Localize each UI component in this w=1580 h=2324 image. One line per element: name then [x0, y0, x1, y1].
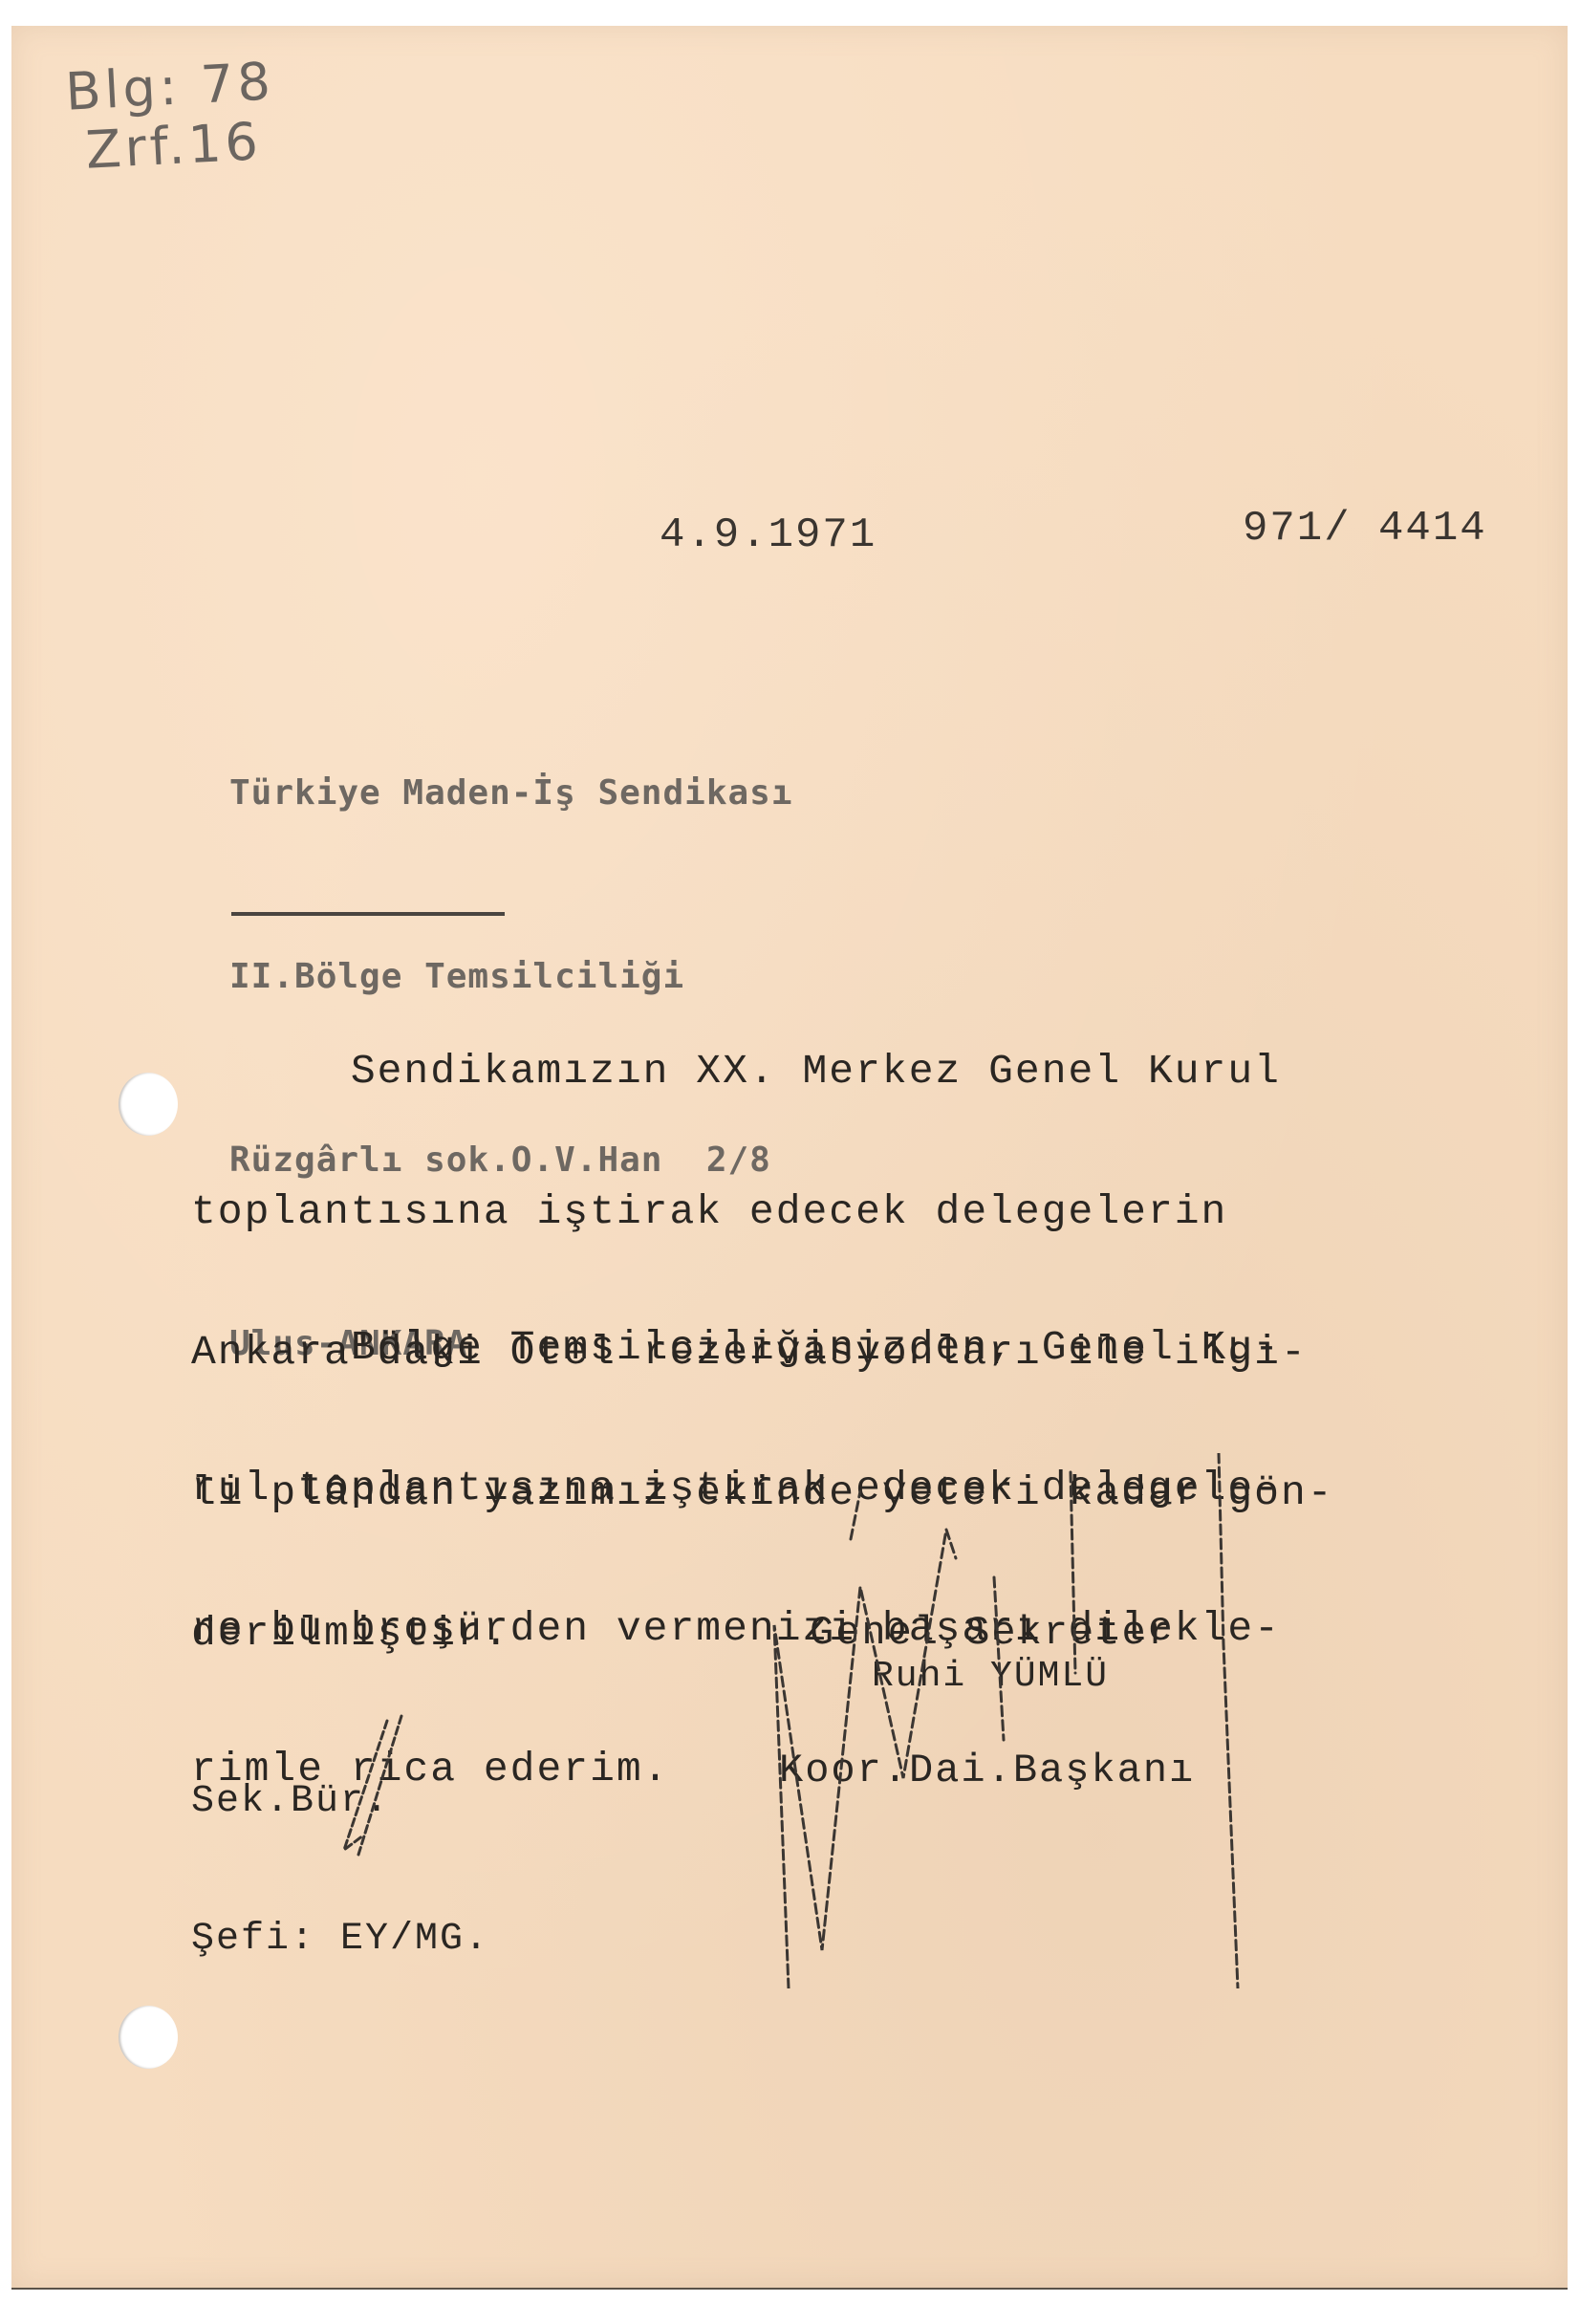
archive-note: Blg: 78 Zrf.16 — [64, 52, 279, 181]
punch-hole-bottom — [119, 2006, 178, 2069]
recipient-line-organization: Türkiye Maden-İş Sendikası — [229, 763, 793, 824]
city-underline — [231, 912, 505, 916]
body-line: Bölge Temsilciliğinizden, Genel Ku- — [191, 1324, 1281, 1371]
initials-mark — [335, 1711, 421, 1864]
archive-note-line2: Zrf.16 — [84, 111, 278, 180]
reference-number: 971/ 4414 — [1243, 505, 1487, 553]
typist-reference-line2: Şefi: EY/MG. — [191, 1917, 489, 1963]
punch-hole-top — [119, 1073, 178, 1136]
body-line: toplantısına iştirak edecek delegelerin — [191, 1188, 1334, 1235]
handwritten-signature — [726, 1453, 1281, 1988]
body-line: Sendikamızın XX. Merkez Genel Kurul — [191, 1048, 1334, 1095]
letter-date: 4.9.1971 — [660, 511, 877, 559]
